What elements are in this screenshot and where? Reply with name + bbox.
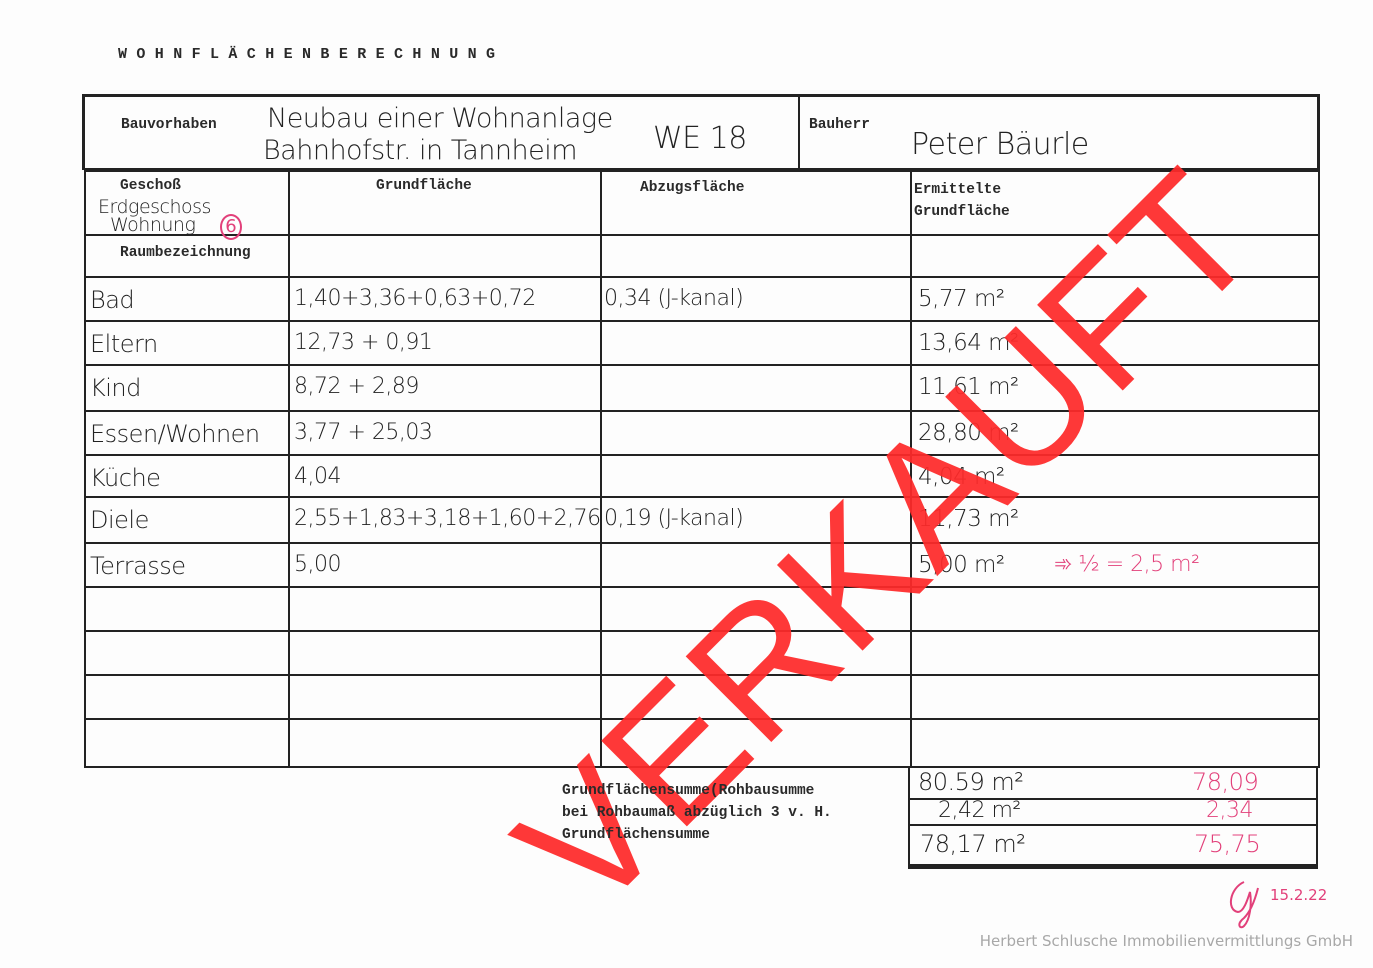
- column-divider: [288, 170, 290, 766]
- room-label: Raumbezeichnung: [120, 245, 251, 261]
- room-name: Küche: [90, 464, 160, 492]
- room-name: Kind: [90, 374, 141, 402]
- totals-label-1: Grundflächensumme(Rohbausumme: [562, 780, 832, 802]
- table-border-left: [84, 170, 86, 766]
- header-divider: [798, 97, 800, 168]
- table-border-right: [1318, 170, 1320, 766]
- project-line1: Neubau einer Wohnanlage: [267, 103, 613, 134]
- totals-box: 80.59 m² 2,42 m² 78,17 m² 78,09 2,34 75,…: [908, 766, 1318, 866]
- signature-date: 15.2.22: [1270, 886, 1327, 904]
- room-name: Eltern: [90, 330, 158, 358]
- total-gross: 80.59 m²: [918, 768, 1023, 796]
- totals-label-3: Grundflächensumme: [562, 824, 832, 846]
- total-net: 78,17 m²: [920, 830, 1025, 858]
- document-title: WOHNFLÄCHENBERECHNUNG: [118, 46, 504, 63]
- row-line: [84, 496, 1320, 498]
- floor-label: Geschoß: [120, 178, 181, 194]
- corrected-gross: 78,09: [1192, 768, 1258, 796]
- corrected-net: 75,75: [1194, 830, 1260, 858]
- room-name: Terrasse: [90, 552, 186, 580]
- room-name: Diele: [90, 506, 149, 534]
- base-area: 8,72 + 2,89: [294, 374, 419, 399]
- base-area: 1,40+3,36+0,63+0,72: [294, 286, 536, 311]
- totals-label-2: bei Rohbaumaß abzüglich 3 v. H.: [562, 802, 832, 824]
- base-area: 5,00: [294, 552, 341, 577]
- base-area: 3,77 + 25,03: [294, 420, 432, 445]
- company-footer: Herbert Schlusche Immobilienvermittlungs…: [980, 932, 1353, 950]
- double-underline: [908, 866, 1318, 869]
- result-header-line2: Grundfläche: [914, 204, 1010, 220]
- apartment-label: Wohnung: [110, 214, 195, 236]
- owner-name: Peter Bäurle: [911, 127, 1089, 162]
- base-area-header: Grundfläche: [376, 178, 472, 194]
- base-area: 2,55+1,83+3,18+1,60+2,76: [294, 506, 601, 531]
- signature-icon: [1222, 874, 1282, 934]
- deduction-area: 0,19 (J-kanal): [604, 506, 743, 531]
- row-line: [910, 824, 1316, 826]
- result-header-line1: Ermittelte: [914, 182, 1001, 198]
- project-line2: Bahnhofstr. in Tannheim: [263, 135, 577, 166]
- base-area: 12,73 + 0,91: [294, 330, 432, 355]
- apartment-number: 6: [220, 214, 242, 240]
- row-line: [84, 542, 1320, 544]
- room-name: Essen/Wohnen: [90, 420, 260, 448]
- room-name: Bad: [90, 286, 134, 314]
- base-area: 4,04: [294, 464, 341, 489]
- deduction-area: 0,34 (J-kanal): [604, 286, 743, 311]
- project-label: Bauvorhaben: [121, 117, 217, 133]
- corrected-deduction: 2,34: [1206, 798, 1253, 823]
- row-line: [84, 454, 1320, 456]
- terrace-note: ➾ ½ = 2,5 m²: [1054, 552, 1199, 577]
- column-divider: [600, 170, 602, 766]
- unit-number: WE 18: [653, 121, 747, 156]
- totals-labels: Grundflächensumme(Rohbausumme bei Rohbau…: [562, 780, 832, 846]
- total-deduction: 2,42 m²: [938, 798, 1021, 823]
- deduction-header: Abzugsfläche: [640, 180, 744, 196]
- owner-label: Bauherr: [809, 117, 870, 133]
